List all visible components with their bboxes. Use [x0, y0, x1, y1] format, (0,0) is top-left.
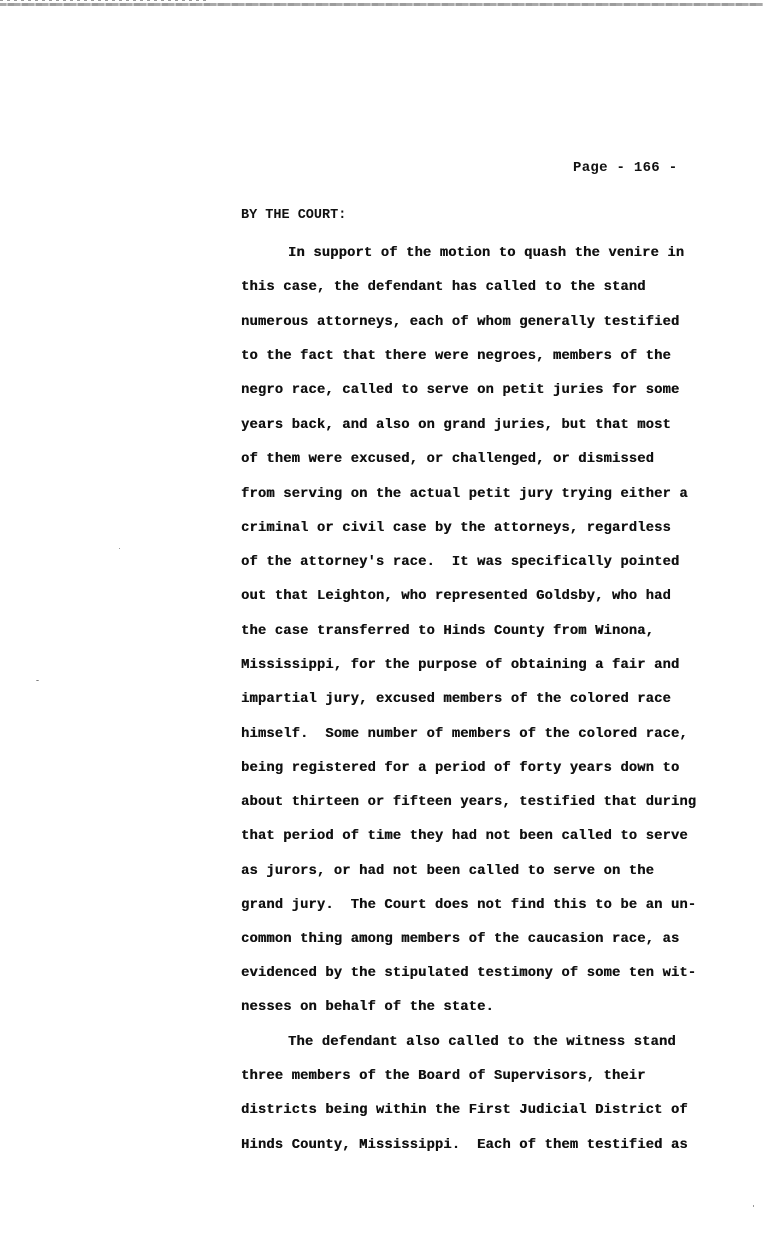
text-line: from serving on the actual petit jury tr… — [241, 487, 688, 502]
text-line: himself. Some number of members of the c… — [241, 727, 688, 742]
text-line: districts being within the First Judicia… — [241, 1103, 688, 1118]
scan-artifact-edge — [0, 3, 763, 6]
text-line: about thirteen or fifteen years, testifi… — [241, 795, 696, 810]
text-line: three members of the Board of Supervisor… — [241, 1069, 646, 1084]
scan-artifact-top — [0, 0, 210, 1]
text-line: being registered for a period of forty y… — [241, 761, 679, 776]
text-line: Hinds County, Mississippi. Each of them … — [241, 1138, 688, 1153]
text-line: impartial jury, excused members of the c… — [241, 692, 671, 707]
text-line: this case, the defendant has called to t… — [241, 280, 646, 295]
text-line: of the attorney's race. It was specifica… — [241, 555, 679, 570]
text-line: Mississippi, for the purpose of obtainin… — [241, 658, 679, 673]
section-heading: BY THE COURT: — [241, 208, 346, 223]
scan-speck — [36, 680, 39, 681]
text-line: as jurors, or had not been called to ser… — [241, 864, 654, 879]
text-line: of them were excused, or challenged, or … — [241, 452, 654, 467]
text-line: to the fact that there were negroes, mem… — [241, 349, 671, 364]
scan-speck — [753, 1205, 754, 1207]
text-line: The defendant also called to the witness… — [288, 1035, 676, 1050]
text-line: that period of time they had not been ca… — [241, 829, 688, 844]
text-line: numerous attorneys, each of whom general… — [241, 315, 679, 330]
page-number: Page - 166 - — [573, 160, 677, 176]
text-line: years back, and also on grand juries, bu… — [241, 418, 671, 433]
text-line: In support of the motion to quash the ve… — [288, 246, 684, 261]
text-line: evidenced by the stipulated testimony of… — [241, 966, 696, 981]
text-line: nesses on behalf of the state. — [241, 1000, 494, 1015]
text-line: the case transferred to Hinds County fro… — [241, 624, 654, 639]
text-line: grand jury. The Court does not find this… — [241, 898, 696, 913]
text-line: criminal or civil case by the attorneys,… — [241, 521, 671, 536]
scan-speck — [119, 548, 120, 549]
text-line: common thing among members of the caucas… — [241, 932, 679, 947]
text-line: negro race, called to serve on petit jur… — [241, 383, 679, 398]
text-line: out that Leighton, who represented Golds… — [241, 589, 671, 604]
